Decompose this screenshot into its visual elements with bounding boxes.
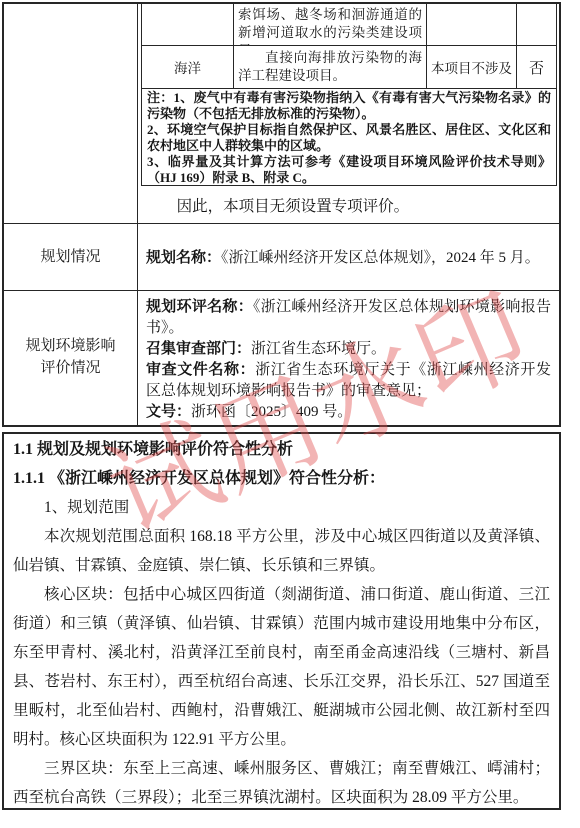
flag-text: 否 xyxy=(529,57,544,78)
plan-row-content: 规划名称：《浙江嵊州经济开发区总体规划》，2024 年 5 月。 xyxy=(138,223,559,290)
note-line-1: 注：1、废气中有毒有害污染物指纳入《有毒有害大气污染物名录》的污染物（不包括无排… xyxy=(147,90,551,122)
plan-name-label: 规划名称： xyxy=(146,250,221,266)
plan-row-label: 规划情况 xyxy=(40,246,100,268)
criteria-text: 直接向海排放污染物的海洋工程建设项目。 xyxy=(238,50,422,83)
row-label-plan: 规划情况 xyxy=(4,223,137,290)
involvement-text: 本项目不涉及 xyxy=(431,57,512,77)
note-line-2: 2、环境空气保护目标指自然保护区、风景名胜区、居住区、文化区和农村地区中人群较集… xyxy=(147,122,551,154)
section-paragraph-2: 核心区块：包括中心城区四街道（剡湖街道、浦口街道、鹿山街道、三江街道）和三镇（黄… xyxy=(13,580,550,754)
subtable-r2-flag: 否 xyxy=(517,46,556,88)
conclusion-text: 因此，本项目无须设置专项评价。 xyxy=(177,198,410,215)
eia-row-label-line2: 评价情况 xyxy=(40,357,100,379)
subtable-note-cell: 注：1、废气中有毒有害污染物指纳入《有毒有害大气污染物名录》的污染物（不包括无排… xyxy=(142,88,556,185)
eia-doc-number-value: 浙环函〔2025〕409 号。 xyxy=(191,404,352,420)
criteria-subtable: 索饵场、越冬场和洄游通道的新增河道取水的污染类建设项目。 海洋 直接向海排放污染… xyxy=(141,4,557,186)
assessment-table: 规划情况 规划环境影响 评价情况 索饵场、越冬场和洄游通道的新增河道取水的污染类… xyxy=(2,2,561,427)
eia-row-label-line1: 规划环境影响 xyxy=(25,335,115,357)
row-label-eia: 规划环境影响 评价情况 xyxy=(4,290,137,424)
subtable-r1-category xyxy=(142,4,233,45)
subtable-r2-category: 海洋 xyxy=(142,46,233,88)
eia-department-label: 召集审查部门： xyxy=(146,341,251,357)
row-label-empty xyxy=(4,4,137,223)
section-paragraph-1: 本次规划范围总面积 168.18 平方公里，涉及中心城区四街道以及黄泽镇、仙岩镇… xyxy=(13,522,550,580)
section-subheading: 1、规划范围 xyxy=(13,493,550,522)
eia-row-content: 规划环评名称：《浙江嵊州经济开发区总体规划环境影响报告书》。 召集审查部门：浙江… xyxy=(138,290,559,424)
subtable-r1-involvement xyxy=(427,4,516,45)
subtable-r2-involvement: 本项目不涉及 xyxy=(427,46,516,88)
note-line-3: 3、临界量及其计算方法可参考《建设项目环境风险评价技术导则》（HJ 169）附录… xyxy=(147,154,551,186)
plan-name-value: 《浙江嵊州经济开发区总体规划》，2024 年 5 月。 xyxy=(221,250,540,266)
criteria-text: 索饵场、越冬场和洄游通道的新增河道取水的污染类建设项目。 xyxy=(238,7,422,45)
section-paragraph-3: 三界区块：东至上三高速、嵊州服务区、曹娥江；南至曹娥江、嶀浦村；西至杭台高铁（三… xyxy=(13,754,550,812)
eia-doc-number-label: 文号： xyxy=(146,404,191,420)
category-text: 海洋 xyxy=(174,57,201,77)
conclusion-paragraph: 因此，本项目无须设置专项评价。 xyxy=(141,191,555,223)
subtable-r1-description: 索饵场、越冬场和洄游通道的新增河道取水的污染类建设项目。 xyxy=(234,4,426,45)
eia-item-doc-number: 文号：浙环函〔2025〕409 号。 xyxy=(146,402,551,423)
eia-item-department: 召集审查部门：浙江省生态环境厅。 xyxy=(146,339,551,360)
eia-name-label: 规划环评名称： xyxy=(146,299,253,315)
eia-item-review-doc: 审查文件名称：浙江省生态环境厅关于《浙江嵊州经济开发区总体规划环境影响报告书》的… xyxy=(146,360,551,402)
eia-department-value: 浙江省生态环境厅。 xyxy=(251,341,386,357)
section-heading-2: 1.1.1 《浙江嵊州经济开发区总体规划》符合性分析： xyxy=(13,464,550,493)
eia-item-name: 规划环评名称：《浙江嵊州经济开发区总体规划环境影响报告书》。 xyxy=(146,297,551,339)
section-heading-1: 1.1 规划及规划环境影响评价符合性分析 xyxy=(13,435,550,464)
subtable-r2-description: 直接向海排放污染物的海洋工程建设项目。 xyxy=(234,46,426,88)
eia-review-doc-label: 审查文件名称： xyxy=(146,362,255,378)
subtable-r1-flag xyxy=(517,4,556,45)
analysis-section: 1.1 规划及规划环境影响评价符合性分析 1.1.1 《浙江嵊州经济开发区总体规… xyxy=(2,432,561,810)
document-page: 规划情况 规划环境影响 评价情况 索饵场、越冬场和洄游通道的新增河道取水的污染类… xyxy=(0,0,580,828)
